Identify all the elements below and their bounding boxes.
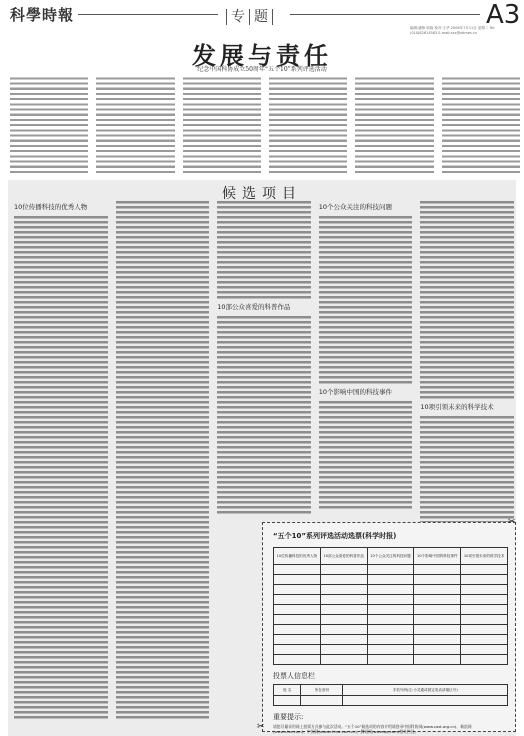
page-meta: 编辑:潘锋 郭晓 校对:王华 2006年7月11日 星期二 Tel:(010)8…	[410, 26, 520, 36]
text-column	[183, 76, 261, 174]
section-heading: 10个公众关注的科技问题	[319, 202, 413, 211]
ballot-col-header: 10部公众喜爱的科普作品	[320, 548, 367, 565]
ballot-cell[interactable]	[274, 575, 321, 585]
section-heading: 10项引领未来的科学技术	[420, 402, 514, 411]
ballot-cell[interactable]	[461, 625, 508, 635]
name-field[interactable]	[274, 696, 301, 706]
ballot-cell[interactable]	[367, 625, 414, 635]
body-text	[319, 400, 413, 510]
ballot-cell[interactable]	[461, 565, 508, 575]
body-text	[420, 415, 514, 525]
body-text	[217, 200, 311, 300]
notice: 重要提示: 请您尽量采用网上投票方式参与此次活动。“五个10”候选项的内容介绍请…	[263, 712, 515, 734]
ballot-cell[interactable]	[414, 625, 461, 635]
section-label: 专题	[226, 6, 273, 26]
ballot-cell[interactable]	[461, 595, 508, 605]
body-text	[217, 315, 311, 515]
ballot-cell[interactable]	[461, 655, 508, 665]
ballot-cell[interactable]	[274, 645, 321, 655]
ballot-cell[interactable]	[367, 575, 414, 585]
body-text	[14, 215, 108, 720]
voter-title: 投票人信息栏	[273, 671, 515, 681]
ballot-cell[interactable]	[414, 635, 461, 645]
ballot-cell[interactable]	[367, 635, 414, 645]
article-subtitle: 纪念中国科协成立50周年“五个10”系列评选活动	[0, 64, 524, 73]
voter-info: 投票人信息栏 姓 名 所在省份 手机号码(注:小灵通或固定电话请填区号)	[263, 671, 515, 706]
ballot-cell[interactable]	[461, 585, 508, 595]
ballot-cell[interactable]	[320, 645, 367, 655]
ballot-cell[interactable]	[320, 615, 367, 625]
ballot-cell[interactable]	[461, 645, 508, 655]
ballot-cell[interactable]	[414, 595, 461, 605]
ballot-col-header: 10项引领未来的科学技术	[461, 548, 508, 565]
ballot-cell[interactable]	[320, 635, 367, 645]
section-heading: 10位传播科技的优秀人物	[14, 202, 108, 211]
ballot-cell[interactable]	[274, 615, 321, 625]
voter-col-header: 手机号码(注:小灵通或固定电话请填区号)	[343, 685, 508, 696]
section-heading: 10部公众喜爱的科普作品	[217, 302, 311, 311]
ballot-cell[interactable]	[461, 605, 508, 615]
candidate-column	[116, 200, 210, 720]
ballot-cell[interactable]	[367, 595, 414, 605]
ballot-cell[interactable]	[367, 565, 414, 575]
ballot-cell[interactable]	[367, 615, 414, 625]
ballot-cell[interactable]	[320, 595, 367, 605]
notice-text: 请您尽量采用网上投票方式参与此次活动。“五个10”候选项的内容介绍请登录中国科协…	[273, 724, 505, 734]
body-text	[319, 215, 413, 385]
ballot-form: “五个10”系列评选活动选票(科学时报) 10位传播科技的优秀人物 10部公众喜…	[262, 522, 516, 732]
section-char: 题	[249, 9, 273, 25]
ballot-cell[interactable]	[274, 625, 321, 635]
ballot-cell[interactable]	[274, 595, 321, 605]
ballot-cell[interactable]	[414, 605, 461, 615]
ballot-cell[interactable]	[367, 655, 414, 665]
body-text	[116, 200, 210, 720]
ballot-cell[interactable]	[461, 635, 508, 645]
text-column	[442, 76, 520, 174]
ballot-cell[interactable]	[320, 575, 367, 585]
ballot-cell[interactable]	[414, 575, 461, 585]
header-rule	[78, 14, 218, 15]
ballot-cell[interactable]	[274, 585, 321, 595]
ballot-cell[interactable]	[414, 655, 461, 665]
text-column	[355, 76, 433, 174]
ballot-col-header: 10个公众关注的科技问题	[367, 548, 414, 565]
scissors-icon: ✂	[508, 517, 516, 527]
ballot-cell[interactable]	[461, 575, 508, 585]
header-rule	[290, 14, 480, 15]
text-column	[10, 76, 88, 174]
ballot-cell[interactable]	[414, 565, 461, 575]
text-column	[96, 76, 174, 174]
ballot-cell[interactable]	[367, 605, 414, 615]
ballot-cell[interactable]	[320, 625, 367, 635]
section-char: 专	[226, 9, 249, 25]
intro-text	[10, 76, 520, 174]
ballot-cell[interactable]	[367, 585, 414, 595]
phone-field[interactable]	[343, 696, 508, 706]
ballot-cell[interactable]	[320, 655, 367, 665]
body-text	[420, 200, 514, 400]
ballot-cell[interactable]	[320, 605, 367, 615]
ballot-cell[interactable]	[274, 635, 321, 645]
voter-col-header: 姓 名	[274, 685, 301, 696]
ballot-cell[interactable]	[274, 655, 321, 665]
ballot-cell[interactable]	[320, 585, 367, 595]
ballot-cell[interactable]	[367, 645, 414, 655]
province-field[interactable]	[301, 696, 343, 706]
text-column	[269, 76, 347, 174]
ballot-cell[interactable]	[461, 615, 508, 625]
ballot-cell[interactable]	[274, 605, 321, 615]
ballot-cell[interactable]	[414, 645, 461, 655]
ballot-cell[interactable]	[414, 615, 461, 625]
scissors-icon: ✂	[257, 722, 265, 732]
section-heading: 10个影响中国的科技事件	[319, 387, 413, 396]
notice-title: 重要提示:	[273, 712, 515, 722]
ballot-table: 10位传播科技的优秀人物 10部公众喜爱的科普作品 10个公众关注的科技问题 1…	[273, 547, 508, 665]
ballot-col-header: 10个影响中国的科技事件	[414, 548, 461, 565]
ballot-title: “五个10”系列评选活动选票(科学时报)	[273, 531, 515, 541]
ballot-cell[interactable]	[320, 565, 367, 575]
newspaper-page: 科學時報 专题 A3 编辑:潘锋 郭晓 校对:王华 2006年7月11日 星期二…	[0, 0, 524, 736]
ballot-cell[interactable]	[414, 585, 461, 595]
masthead-logo: 科學時報	[10, 4, 74, 25]
voter-table: 姓 名 所在省份 手机号码(注:小灵通或固定电话请填区号)	[273, 684, 508, 706]
candidate-column: 10位传播科技的优秀人物	[14, 200, 108, 720]
voter-col-header: 所在省份	[301, 685, 343, 696]
ballot-col-header: 10位传播科技的优秀人物	[274, 548, 321, 565]
ballot-cell[interactable]	[274, 565, 321, 575]
